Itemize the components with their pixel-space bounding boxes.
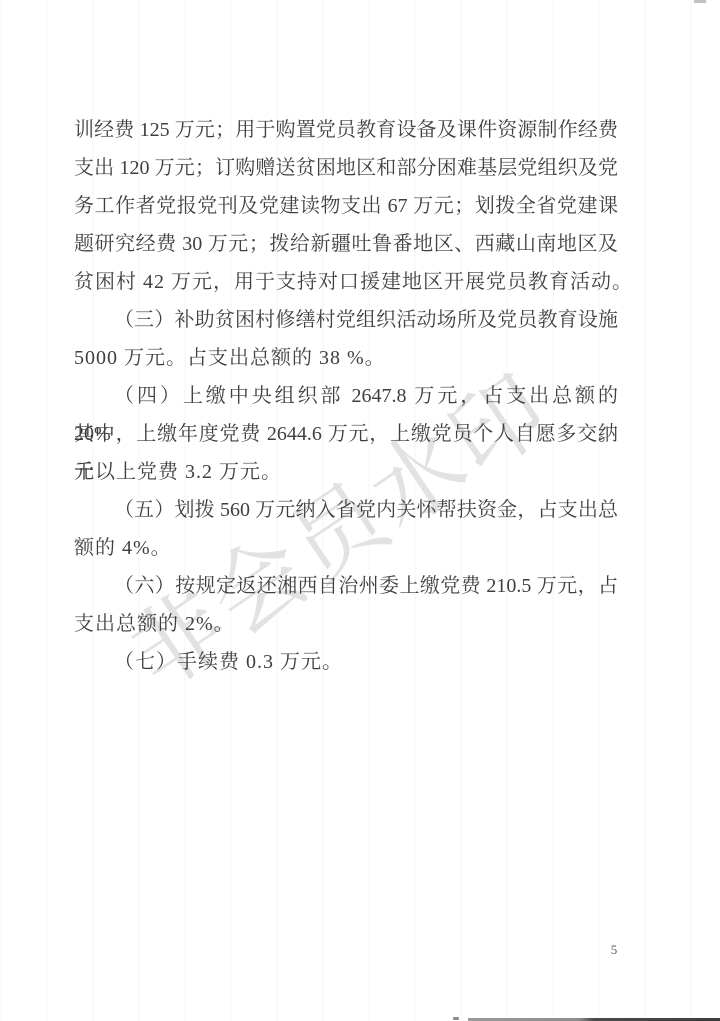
text-line: （三）补助贫困村修缮村党组织活动场所及党员教育设施 [74,301,618,339]
text-line: 元以上党费 3.2 万元。 [74,453,618,491]
text-line: 贫困村 42 万元，用于支持对口援建地区开展党员教育活动。 [74,263,618,301]
text-line: 务工作者党报党刊及党建读物支出 67 万元；划拨全省党建课 [74,187,618,225]
scan-artifact-dot [453,1017,459,1020]
page-number: 5 [604,942,624,958]
body-text-block: 训经费 125 万元；用于购置党员教育设备及课件资源制作经费支出 120 万元；… [74,111,618,681]
text-line: 其中，上缴年度党费 2644.6 万元，上缴党员个人自愿多交纳千 [74,415,618,453]
text-line: 5000 万元。占支出总额的 38 %。 [74,339,618,377]
text-line: （七）手续费 0.3 万元。 [74,643,618,681]
text-line: 题研究经费 30 万元；拨给新疆吐鲁番地区、西藏山南地区及 [74,225,618,263]
text-line: 额的 4%。 [74,529,618,567]
text-line: 支出 120 万元；订购赠送贫困地区和部分困难基层党组织及党 [74,149,618,187]
text-line: 训经费 125 万元；用于购置党员教育设备及课件资源制作经费 [74,111,618,149]
text-line: 支出总额的 2%。 [74,605,618,643]
text-line: （五）划拨 560 万元纳入省党内关怀帮扶资金，占支出总 [74,491,618,529]
document-page: 非会员水印 训经费 125 万元；用于购置党员教育设备及课件资源制作经费支出 1… [0,0,720,1021]
text-line: （四）上缴中央组织部 2647.8 万元，占支出总额的 20%。 [74,377,618,415]
scan-artifact-corner-mark [694,0,706,3]
text-line: （六）按规定返还湘西自治州委上缴党费 210.5 万元，占 [74,567,618,605]
